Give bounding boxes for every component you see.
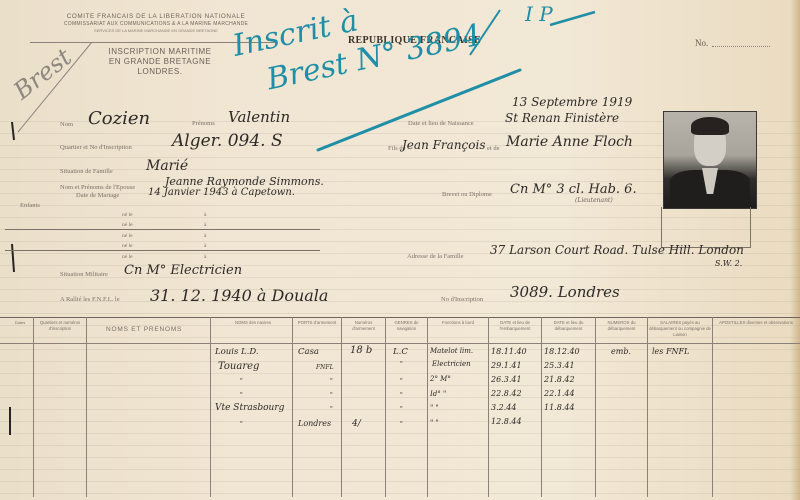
enfant-row-2: né le <box>122 222 133 228</box>
col-divider <box>427 317 428 497</box>
cell-embarq: 22.8.42 <box>491 389 522 398</box>
militaire-value: Cn M° Electricien <box>124 263 242 278</box>
cell-navire: Touareg <box>218 361 259 372</box>
enfant-row-5: né le <box>122 254 133 260</box>
cell-debarq: 18.12.40 <box>544 347 580 356</box>
cell-port: Casa <box>298 347 319 357</box>
th-num-debarquement: NUMEROS du débarquement <box>597 320 646 332</box>
photo-frame <box>661 207 751 248</box>
militaire-label: Situation Militaire <box>60 271 108 278</box>
cell-num-deb: emb. <box>611 347 631 356</box>
col-divider <box>595 317 596 497</box>
cell-port: " <box>330 378 333 385</box>
mother-value: Marie Anne Floch <box>506 134 633 150</box>
col-divider <box>541 317 542 497</box>
famille-label: Situation de Famille <box>60 168 113 175</box>
th-fonctions: Fonctions à bord <box>430 320 486 326</box>
th-navires: NOMS des navires <box>232 320 274 326</box>
inscription-card: COMITE FRANCAIS DE LA LIBERATION NATIONA… <box>0 0 800 500</box>
th-apostilles: APOSTILLES diverses et observations <box>714 320 798 326</box>
famille-value: Marié <box>146 158 188 174</box>
blue-annotation-ip: I P <box>525 2 553 26</box>
table-header-rule <box>0 343 800 344</box>
ink-mark <box>9 407 11 435</box>
col-divider <box>292 317 293 497</box>
cell-port: FNFL <box>316 364 334 371</box>
cell-navire: Louis L.D. <box>215 347 259 357</box>
col-divider <box>341 317 342 497</box>
mariage-label: Date de Mariage <box>76 192 119 199</box>
birth-place-value: St Renan Finistère <box>505 111 619 125</box>
birth-label: Date et lieu de Naissance <box>408 120 474 127</box>
enfant-row-1: né le <box>122 212 133 218</box>
cell-navire: Vte Strasbourg <box>215 403 284 413</box>
brevet-label: Brevet ou Diplome <box>442 191 492 198</box>
cell-debarq: 25.3.41 <box>544 361 575 370</box>
nom-label: Nom <box>60 121 73 128</box>
birth-date-value: 13 Septembre 1919 <box>512 95 632 109</box>
cell-genre: " <box>400 421 403 428</box>
enfant-row-4: né le <box>122 243 133 249</box>
th-dates: Dates <box>10 320 30 326</box>
cell-debarq: 21.8.42 <box>544 375 575 384</box>
enfant-row-5-a: à <box>204 254 206 260</box>
cell-salaire: les FNFL <box>652 347 689 356</box>
enfants-label: Enfants <box>20 202 40 209</box>
th-salaires: SALAIRES payés au débarquement ou compag… <box>649 320 711 338</box>
adresse-value: 37 Larson Court Road. Tulse Hill. London <box>490 243 744 257</box>
cell-numero: 4/ <box>352 419 361 429</box>
quartier-label: Quartier et No d'Inscription <box>60 144 132 151</box>
enfant-row-2-a: à <box>204 222 206 228</box>
cell-embarq: 18.11.40 <box>491 347 527 356</box>
nom-value: Cozien <box>88 108 150 129</box>
cell-port: Londres <box>298 419 331 428</box>
cell-genre: " <box>400 406 403 413</box>
th-quartiers: Quartiers et numéros d'inscription <box>36 320 84 332</box>
cell-debarq: 22.1.44 <box>544 389 575 398</box>
cell-fonction: Electricien <box>432 360 471 368</box>
th-ports: PORTS d'armement <box>294 320 340 326</box>
th-numeros: Numéros d'armement <box>343 320 384 332</box>
enfant-row-3: né le <box>122 233 133 239</box>
cell-navire: " <box>240 392 243 399</box>
col-divider <box>33 317 34 497</box>
no-inscription-label: No d'Inscription <box>441 296 483 303</box>
cell-embarq: 29.1.41 <box>491 361 522 370</box>
enfant-row-3-a: à <box>204 233 206 239</box>
cell-genre: " <box>400 392 403 399</box>
no-inscription-value: 3089. Londres <box>510 283 620 301</box>
cell-fonction: 2° M° <box>430 375 451 383</box>
cell-embarq: 3.2.44 <box>491 403 516 412</box>
epouse-label: Nom et Prénoms de l'Epouse <box>60 184 135 191</box>
quartier-value: Alger. 094. S <box>172 131 283 151</box>
cell-numero: 18 b <box>350 345 372 356</box>
et-de-label: et de <box>487 145 499 152</box>
th-embarquement: DATE et lieu de l'embarquement <box>490 320 540 332</box>
brevet-sub: (Lieutenant) <box>575 197 613 204</box>
cell-navire: " <box>240 421 243 428</box>
cell-genre: L.C <box>393 347 408 357</box>
enfant-row-1-a: à <box>204 212 206 218</box>
rallie-value: 31. 12. 1940 à Douala <box>150 286 328 305</box>
enfants-divider-1 <box>5 229 320 230</box>
col-divider <box>712 317 713 497</box>
cell-fonction: Id° " <box>430 390 446 398</box>
col-divider <box>385 317 386 497</box>
enfant-row-4-a: à <box>204 243 206 249</box>
cell-genre: " <box>400 378 403 385</box>
enfants-divider-2 <box>5 250 320 251</box>
th-debarquement: DATE et lieu du débarquement <box>543 320 594 332</box>
cell-navire: " <box>240 378 243 385</box>
adresse-label: Adresse de la Famille <box>407 253 464 260</box>
photo-hair <box>691 117 729 135</box>
cell-port: " <box>330 406 333 413</box>
cell-fonction: Matelot lim. <box>430 347 473 355</box>
father-value: Jean François <box>402 138 486 152</box>
cell-fonction: " " <box>430 419 439 427</box>
th-noms: NOMS ET PRENOMS <box>106 326 182 333</box>
cell-port: " <box>330 392 333 399</box>
rallie-label: A Rallié les F.N.F.L. le <box>60 296 120 303</box>
cell-embarq: 12.8.44 <box>491 417 522 426</box>
col-divider <box>86 317 87 497</box>
brevet-value: Cn M° 3 cl. Hab. 6. <box>510 182 637 197</box>
th-genres: GENRES de navigation <box>387 320 426 332</box>
prenoms-label: Prénoms <box>192 120 215 127</box>
portrait-photo <box>663 111 757 209</box>
cell-embarq: 26.3.41 <box>491 375 522 384</box>
col-divider <box>647 317 648 497</box>
cell-fonction: " " <box>430 404 439 412</box>
cell-debarq: 11.8.44 <box>544 403 575 412</box>
table-top-rule <box>0 317 800 318</box>
col-divider <box>488 317 489 497</box>
mariage-value: 14 Janvier 1943 à Capetown. <box>148 187 295 198</box>
col-divider <box>210 317 211 497</box>
prenoms-value: Valentin <box>228 108 290 126</box>
cell-genre: " <box>400 361 403 368</box>
adresse-value-2: S.W. 2. <box>715 259 742 268</box>
